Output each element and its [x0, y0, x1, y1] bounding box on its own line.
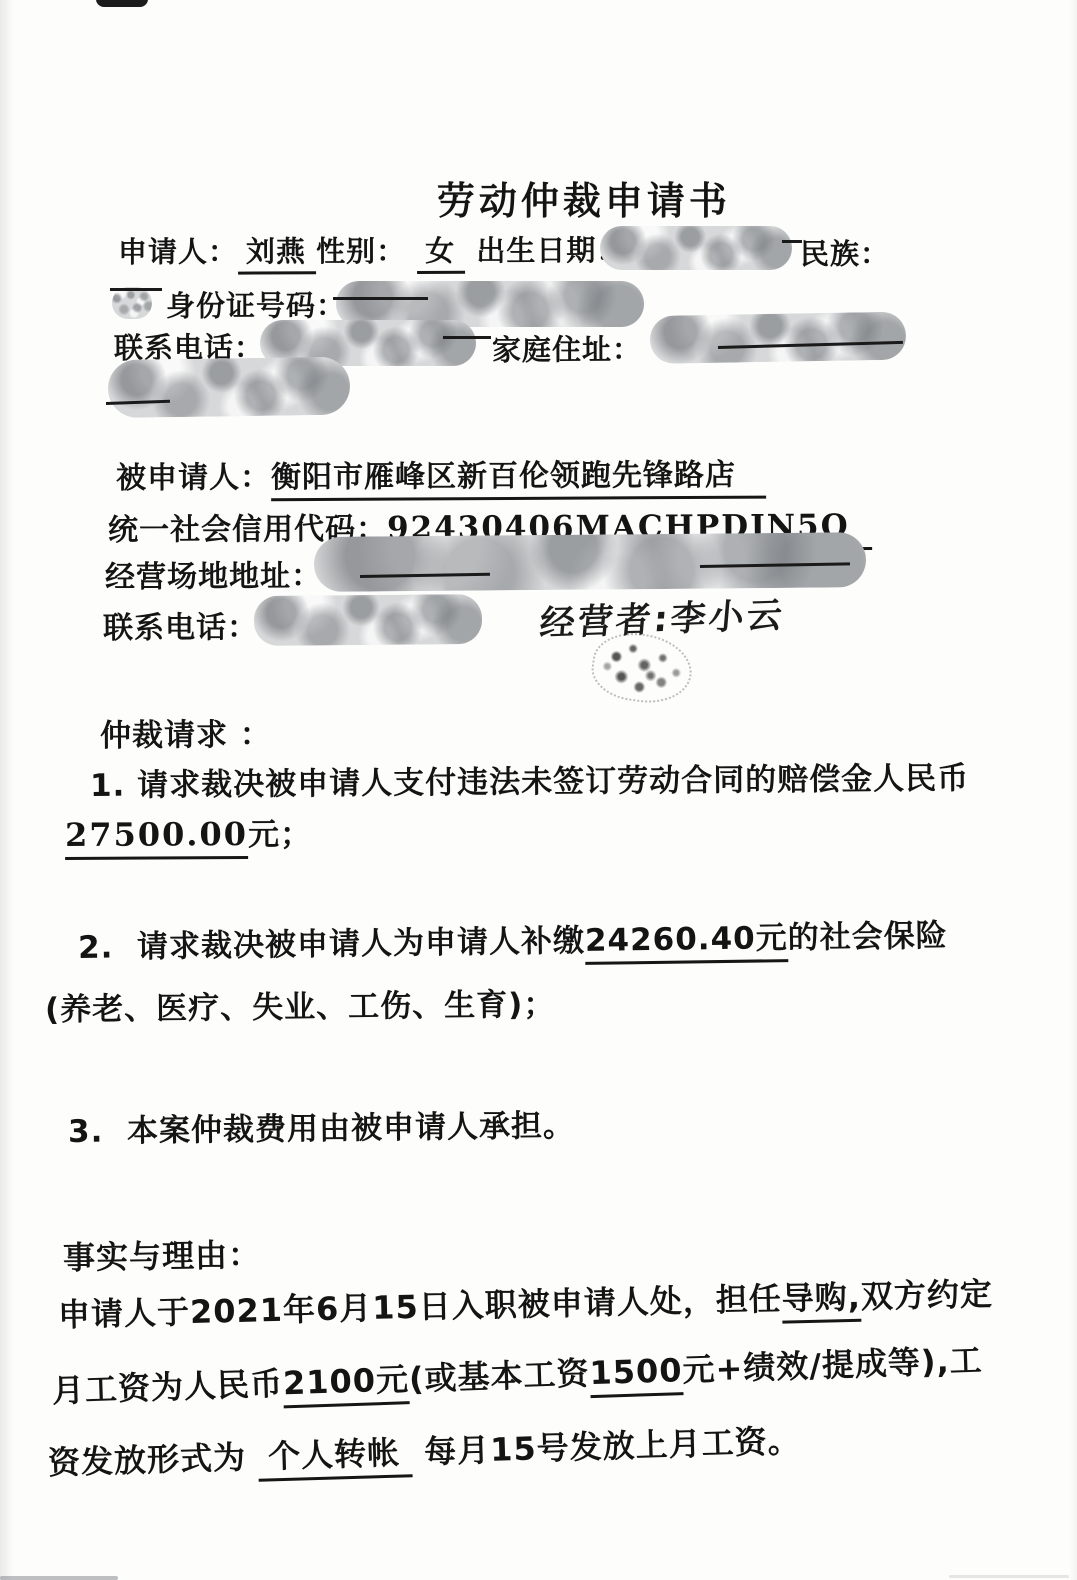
- document-title-text: 劳动仲裁申请书: [437, 179, 731, 223]
- request-1-line-1: 1. 请求裁决被申请人支付违法未签订劳动合同的赔偿金人民币: [90, 752, 969, 805]
- facts-l2-p1: 月工资为人民币: [51, 1364, 283, 1410]
- gender-label: 性别：: [316, 234, 406, 268]
- request-2-insurance-list: (养老、医疗、失业、工伤、生育)；: [45, 987, 556, 1028]
- request-3-line: 3. 本案仲裁费用由被申请人承担。: [68, 1100, 575, 1151]
- respondent-label: 被申请人：: [116, 460, 271, 496]
- facts-heading-text: 事实与理由：: [63, 1236, 262, 1277]
- facts-l2-salary: 2100元: [282, 1360, 409, 1408]
- requests-heading: 仲裁请求 ：: [100, 709, 272, 755]
- business-address-line: 经营场地地址：: [105, 551, 322, 596]
- business-address-redaction: [314, 532, 866, 592]
- operator-handwriting-text: 经营者:李小云: [538, 596, 786, 645]
- respondent-phone-label: 联系电话：: [103, 610, 258, 646]
- request-2-amount: 24260.40元: [585, 920, 788, 965]
- blank-underline-id: [333, 297, 428, 300]
- facts-l1-underlined: 导购,: [781, 1278, 861, 1324]
- facts-l2-base-salary: 1500: [589, 1351, 683, 1398]
- facts-line-3: 资发放形式为 个人转帐 每月15号发放上月工资。: [47, 1416, 801, 1484]
- ethnicity-redaction: [112, 287, 152, 319]
- respondent-line: 被申请人：衡阳市雁峰区新百伦领跑先锋路店: [116, 450, 766, 497]
- business-address-label: 经营场地地址：: [105, 559, 322, 595]
- facts-l3-payment-method: 个人转帐: [258, 1433, 413, 1482]
- facts-l3-p1: 资发放形式为: [47, 1438, 258, 1482]
- home-address-label: 家庭住址：: [492, 332, 642, 367]
- requests-heading-text: 仲裁请求 ：: [100, 717, 272, 754]
- request-1-line-2: 27500.00元；: [65, 809, 312, 855]
- respondent-name: 衡阳市雁峰区新百伦领跑先锋路店: [271, 458, 766, 502]
- home-address-label-line: 家庭住址：: [492, 327, 642, 369]
- blank-underline-ethnicity: [110, 288, 162, 291]
- request-2-suffix: 的社会保险: [787, 918, 947, 956]
- request-2-prefix: 2. 请求裁决被申请人为申请人补缴: [78, 923, 585, 966]
- id-label: 身份证号码：: [166, 288, 346, 323]
- facts-l2-p3: 元+绩效/提成等),工: [682, 1341, 983, 1389]
- scan-artifact-bottom-right: [949, 1575, 1069, 1578]
- request-1-text: 1. 请求裁决被申请人支付违法未签订劳动合同的赔偿金人民币: [90, 760, 969, 804]
- scanned-document-page: 劳动仲裁申请书 申请人：刘燕性别： 女 出生日期： 民族： 身份证号码： 联系电…: [0, 0, 1077, 1580]
- home-address-redaction: [650, 312, 907, 364]
- operator-handwriting: 经营者:李小云: [538, 588, 787, 647]
- dob-redaction: [600, 226, 792, 270]
- request-3-text: 3. 本案仲裁费用由被申请人承担。: [68, 1108, 575, 1150]
- facts-l1-post: 双方约定: [860, 1275, 993, 1316]
- respondent-phone-line: 联系电话：: [103, 602, 258, 647]
- facts-heading: 事实与理由：: [63, 1230, 262, 1279]
- facts-l3-p2: 每月15号发放上月工资。: [412, 1422, 802, 1472]
- scan-artifact-top: [96, 0, 148, 7]
- id-line: 身份证号码：: [166, 283, 346, 325]
- scan-edge-right: [1069, 0, 1077, 1580]
- request-1-amount: 27500.00: [65, 815, 248, 860]
- scan-edge-left: [0, 0, 14, 1580]
- facts-l2-p2: (或基本工资: [408, 1354, 590, 1398]
- applicant-name: 刘燕: [238, 234, 316, 274]
- respondent-phone-redaction: [254, 594, 482, 646]
- facts-line-1: 申请人于2021年6月15日入职被申请人处，担任导购,双方约定: [57, 1269, 993, 1336]
- request-1-unit: 元；: [248, 817, 312, 853]
- applicant-line: 申请人：刘燕性别： 女 出生日期：: [118, 228, 626, 271]
- address-overflow-redaction: [108, 357, 351, 418]
- facts-l1-pre: 申请人于2021年6月15日入职被申请人处，担任: [58, 1280, 783, 1334]
- gender-value: 女: [417, 234, 465, 274]
- applicant-label: 申请人：: [118, 235, 238, 269]
- request-2-line-2: (养老、医疗、失业、工伤、生育)；: [45, 979, 556, 1029]
- scan-artifact-bottom-left: [0, 1576, 118, 1580]
- facts-line-2: 月工资为人民币2100元(或基本工资1500元+绩效/提成等),工: [51, 1335, 983, 1412]
- ethnicity-label-line: 民族：: [800, 232, 890, 273]
- blank-underline-phone: [443, 336, 491, 339]
- ethnicity-label: 民族：: [800, 237, 890, 271]
- request-2-line-1: 2. 请求裁决被申请人为申请人补缴24260.40元的社会保险: [78, 910, 948, 967]
